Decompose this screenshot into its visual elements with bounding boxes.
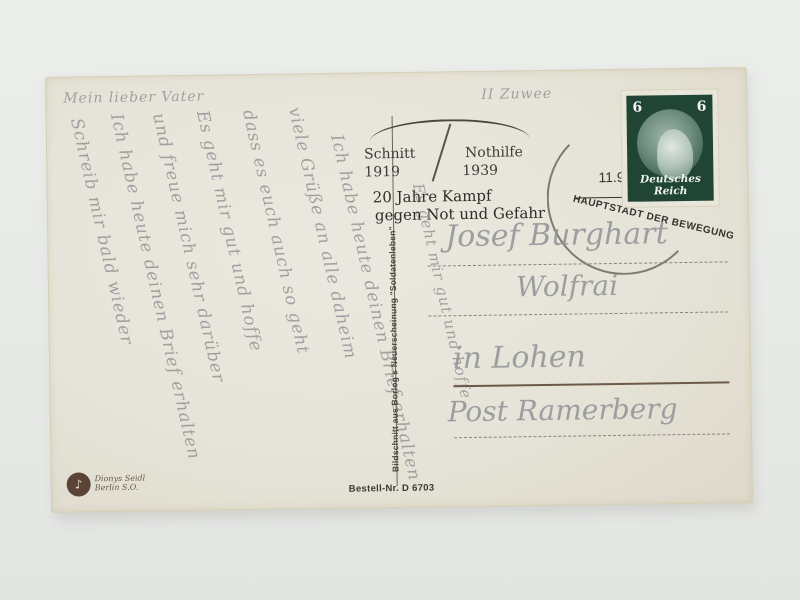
stamp-country: Deutsches Reich [627, 173, 713, 198]
address-rule [454, 433, 730, 438]
message-header-right: II Zuwee [481, 86, 552, 103]
address-line-2: Wolfrai [516, 269, 619, 303]
address-rule [428, 261, 728, 266]
cancellation-slogan: 20 Jahre Kampf [373, 187, 492, 207]
portrait-medallion-icon [637, 109, 704, 178]
stamp-value: 6 [697, 99, 707, 115]
publisher-city: Berlin S.O. [95, 483, 146, 493]
address-rule [428, 311, 728, 316]
cancellation-text: Schnitt [364, 146, 415, 163]
portrait-head-icon [657, 129, 694, 179]
publisher-imprint: Dionys Seidl Berlin S.O. [95, 474, 146, 493]
address-line-4: Post Ramerberg [447, 392, 677, 428]
order-number: Bestell-Nr. D 6703 [349, 483, 435, 495]
side-imprint: Bildschnitt aus Borlog's Neuerscheinung … [387, 226, 400, 472]
cancellation-text: 1919 [364, 164, 400, 180]
cancellation-text: 1939 [462, 163, 498, 179]
address-line-1: Josef Burghart [445, 216, 668, 254]
stamp-value: 6 [632, 100, 642, 116]
address-rule-underline [453, 381, 729, 387]
address-line-3: in Lohen [453, 339, 586, 376]
cancellation-text: Nothilfe [465, 144, 523, 161]
postage-stamp: 6 6 Deutsches Reich [621, 90, 719, 207]
message-top-line: Mein lieber Vater [63, 89, 204, 107]
publisher-logo-icon: ♪ [67, 472, 91, 496]
postcard: Mein lieber Vater II Zuwee Schreib mir b… [45, 67, 753, 513]
